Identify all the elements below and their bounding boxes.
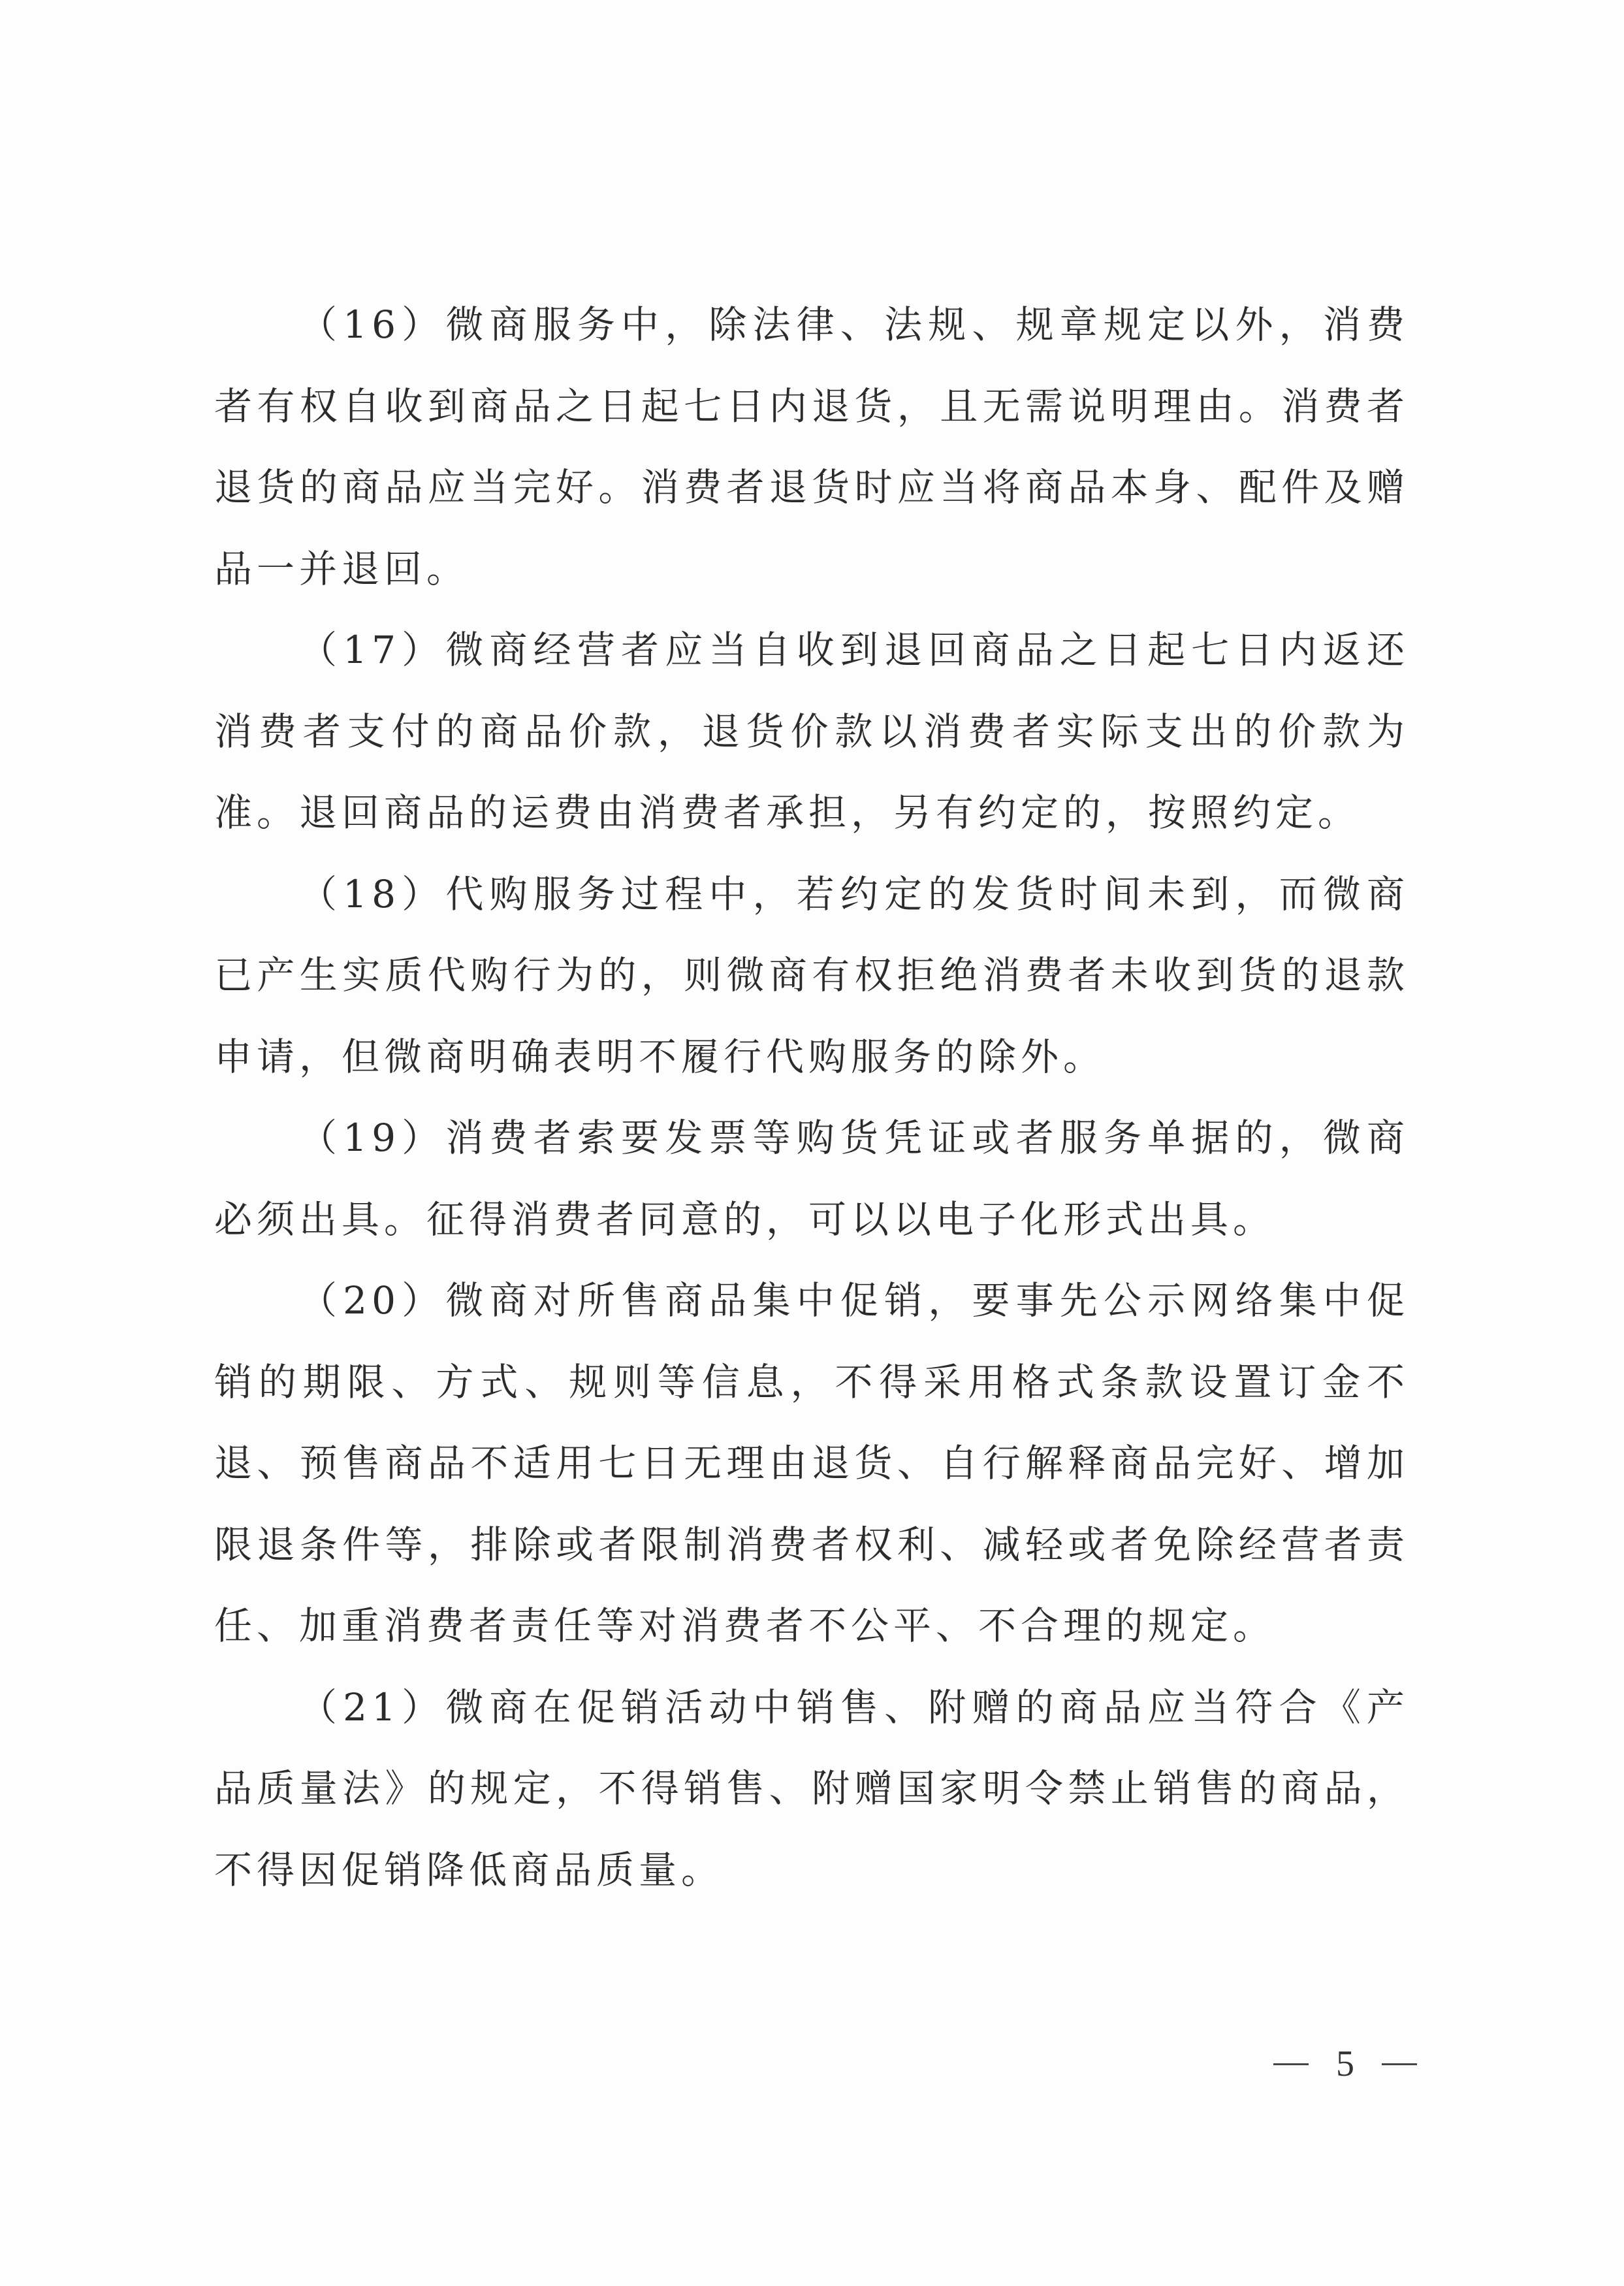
body-text: （16）微商服务中，除法律、法规、规章规定以外，消费者有权自收到商品之日起七日内… [214, 284, 1409, 1910]
page-number: 5 [1273, 2041, 1417, 2087]
document-page: （16）微商服务中，除法律、法规、规章规定以外，消费者有权自收到商品之日起七日内… [0, 0, 1624, 2286]
page-number-value: 5 [1336, 2043, 1354, 2085]
page-number-left-dash [1273, 2063, 1309, 2065]
paragraph-18: （18）代购服务过程中，若约定的发货时间未到，而微商已产生实质代购行为的，则微商… [214, 854, 1409, 1098]
paragraph-16: （16）微商服务中，除法律、法规、规章规定以外，消费者有权自收到商品之日起七日内… [214, 284, 1409, 609]
paragraph-19: （19）消费者索要发票等购货凭证或者服务单据的，微商必须出具。征得消费者同意的，… [214, 1097, 1409, 1260]
paragraph-21: （21）微商在促销活动中销售、附赠的商品应当符合《产品质量法》的规定，不得销售、… [214, 1667, 1409, 1911]
page-number-right-dash [1382, 2063, 1417, 2065]
paragraph-17: （17）微商经营者应当自收到退回商品之日起七日内返还消费者支付的商品价款，退货价… [214, 609, 1409, 854]
paragraph-20: （20）微商对所售商品集中促销，要事先公示网络集中促销的期限、方式、规则等信息，… [214, 1260, 1409, 1667]
